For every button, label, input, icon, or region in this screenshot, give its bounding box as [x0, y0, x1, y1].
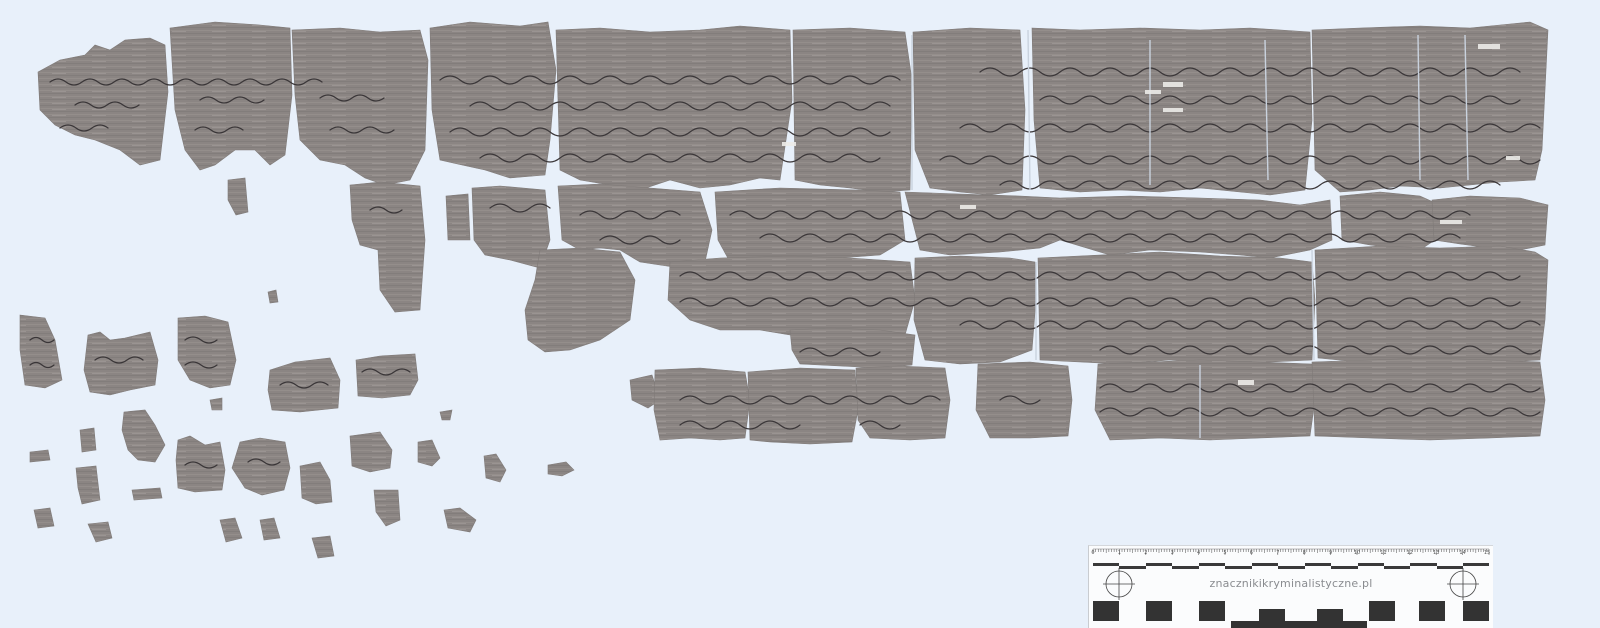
tick-label-6: 6 — [1250, 550, 1253, 556]
tick-label-4: 4 — [1197, 550, 1200, 556]
tick-label-3: 3 — [1171, 550, 1174, 556]
forensic-scale-bar: znacznikikryminalistyczne.pl 0 1 2 3 4 5… — [1088, 545, 1493, 628]
tick-label-11: 11 — [1380, 550, 1386, 556]
tick-label-15: 15 — [1484, 550, 1490, 556]
tick-label-5: 5 — [1223, 550, 1226, 556]
tick-label-10: 10 — [1354, 550, 1360, 556]
papyrus-loose-fragments — [20, 290, 574, 558]
tick-label-14: 14 — [1459, 550, 1465, 556]
tick-label-12: 12 — [1407, 550, 1413, 556]
scale-bar-label: znacznikikryminalistyczne.pl — [1089, 577, 1493, 590]
tick-label-2: 2 — [1144, 550, 1147, 556]
tick-label-7: 7 — [1276, 550, 1279, 556]
tick-label-9: 9 — [1329, 550, 1332, 556]
tick-label-0: 0 — [1091, 550, 1094, 556]
tick-label-8: 8 — [1303, 550, 1306, 556]
papyrus-photograph — [0, 0, 1600, 628]
tick-label-1: 1 — [1118, 550, 1121, 556]
tick-label-13: 13 — [1433, 550, 1439, 556]
